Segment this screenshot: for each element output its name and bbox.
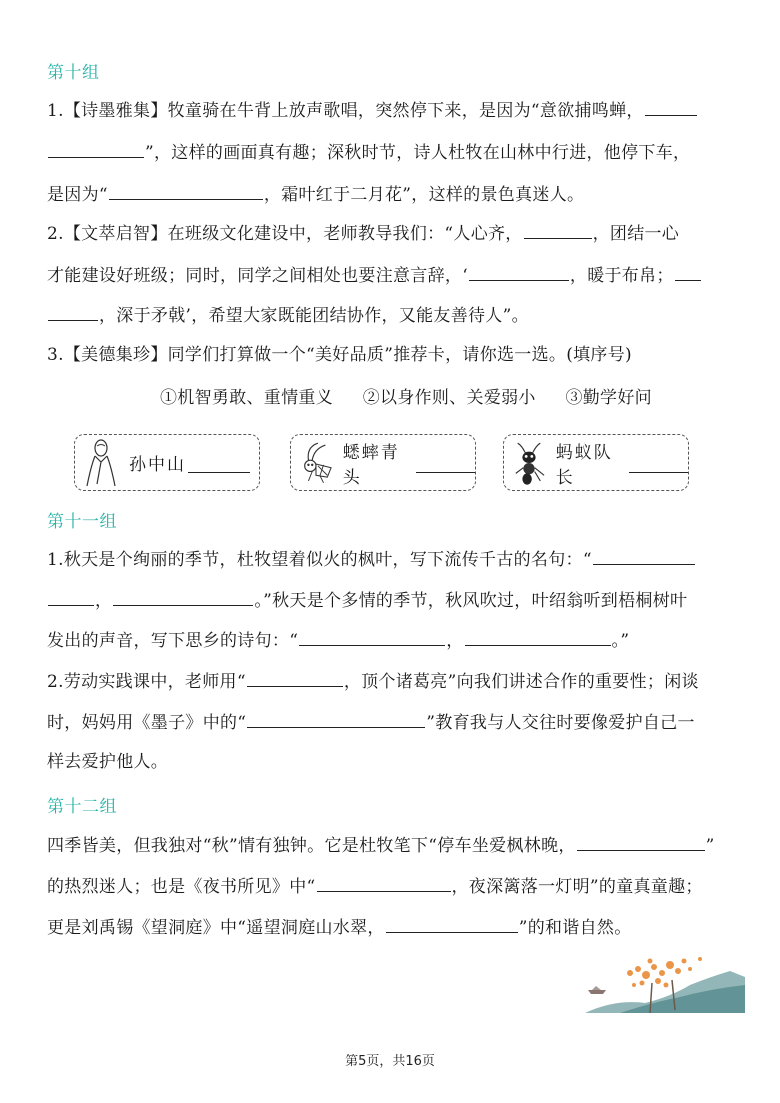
section-heading-10: 第十组 bbox=[47, 58, 100, 83]
page-number: 第5页，共16页 bbox=[0, 1050, 780, 1069]
ant-icon bbox=[512, 438, 550, 488]
answer-blank[interactable] bbox=[299, 627, 445, 646]
recommend-card-cricket: 蟋蟀青头 bbox=[290, 434, 476, 491]
option-1: ①机智勇敢、重情重义 bbox=[160, 388, 333, 408]
answer-blank[interactable] bbox=[247, 709, 425, 728]
q10-1-line3: 是因为“，霜叶红于二月花”，这样的景色真迷人。 bbox=[47, 181, 737, 207]
option-3: ③勤学好问 bbox=[565, 388, 652, 408]
quality-options: ①机智勇敢、重情重义 ②以身作则、关爱弱小 ③勤学好问 bbox=[160, 383, 652, 408]
answer-blank[interactable] bbox=[317, 873, 451, 892]
answer-blank[interactable] bbox=[386, 914, 518, 933]
option-2: ②以身作则、关爱弱小 bbox=[363, 388, 536, 408]
answer-blank[interactable] bbox=[48, 302, 98, 321]
answer-blank[interactable] bbox=[469, 262, 569, 281]
q11-2-line1: 2.劳动实践课中，老师用“，顶个诸葛亮”向我们讲述合作的重要性；闲谈 bbox=[47, 668, 737, 694]
answer-blank[interactable] bbox=[416, 452, 475, 473]
q11-2-line3: 样去爱护他人。 bbox=[47, 750, 737, 774]
q12-line3: 更是刘禹锡《望洞庭》中“遥望洞庭山水翠，”的和谐自然。 bbox=[47, 914, 737, 940]
section-heading-12: 第十二组 bbox=[47, 792, 117, 817]
worksheet-page: 第十组 1.【诗墨雅集】牧童骑在牛背上放声歌唱，突然停下来，是因为“意欲捕鸣蝉，… bbox=[0, 0, 780, 1103]
section-heading-11: 第十一组 bbox=[47, 507, 117, 532]
recommend-card-ant: 蚂蚁队长 bbox=[503, 434, 689, 491]
answer-blank[interactable] bbox=[188, 452, 250, 473]
recommend-card-sun-zhongshan: 孙中山 bbox=[74, 434, 260, 491]
q12-line2: 的热烈迷人；也是《夜书所见》中“，夜深篱落一灯明”的童真童趣； bbox=[47, 873, 737, 899]
portrait-icon bbox=[83, 438, 123, 488]
q12-line1: 四季皆美，但我独对“秋”情有独钟。它是杜牧笔下“停车坐爱枫林晚，” bbox=[47, 832, 737, 858]
cricket-icon bbox=[299, 438, 337, 488]
q11-1-line1: 1.秋天是个绚丽的季节，杜牧望着似火的枫叶，写下流传千古的名句：“ bbox=[47, 546, 737, 572]
q10-2-line2: 才能建设好班级；同时，同学之间相处也要注意言辞，‘，暖于布帛； bbox=[47, 262, 737, 288]
q10-1-line2: ”，这样的画面真有趣；深秋时节，诗人杜牧在山林中行进，他停下车， bbox=[47, 139, 737, 165]
q10-1-line1: 1.【诗墨雅集】牧童骑在牛背上放声歌唱，突然停下来，是因为“意欲捕鸣蝉， bbox=[47, 97, 737, 123]
answer-blank[interactable] bbox=[247, 668, 343, 687]
answer-blank[interactable] bbox=[465, 627, 611, 646]
q11-1-line2: ，。”秋天是个多情的季节，秋风吹过，叶绍翁听到梧桐树叶 bbox=[47, 587, 737, 613]
answer-blank[interactable] bbox=[577, 832, 705, 851]
autumn-landscape-illustration bbox=[580, 955, 750, 1025]
q10-2-line1: 2.【文萃启智】在班级文化建设中，老师教导我们：“人心齐，，团结一心 bbox=[47, 220, 737, 246]
answer-blank[interactable] bbox=[593, 546, 695, 565]
answer-blank[interactable] bbox=[48, 587, 94, 606]
answer-blank[interactable] bbox=[113, 587, 253, 606]
q10-2-line3: ，深于矛戟’，希望大家既能团结协作，又能友善待人”。 bbox=[47, 302, 737, 328]
answer-blank[interactable] bbox=[48, 139, 144, 158]
answer-blank[interactable] bbox=[645, 97, 697, 116]
answer-blank[interactable] bbox=[524, 220, 592, 239]
q11-1-line3: 发出的声音，写下思乡的诗句：“，。” bbox=[47, 627, 737, 653]
q11-2-line2: 时，妈妈用《墨子》中的“”教育我与人交往时要像爱护自己一 bbox=[47, 709, 737, 735]
answer-blank[interactable] bbox=[675, 262, 701, 281]
answer-blank[interactable] bbox=[109, 181, 263, 200]
answer-blank[interactable] bbox=[629, 452, 688, 473]
q10-3-line1: 3.【美德集珍】同学们打算做一个“美好品质”推荐卡，请你选一选。(填序号) bbox=[47, 343, 737, 367]
